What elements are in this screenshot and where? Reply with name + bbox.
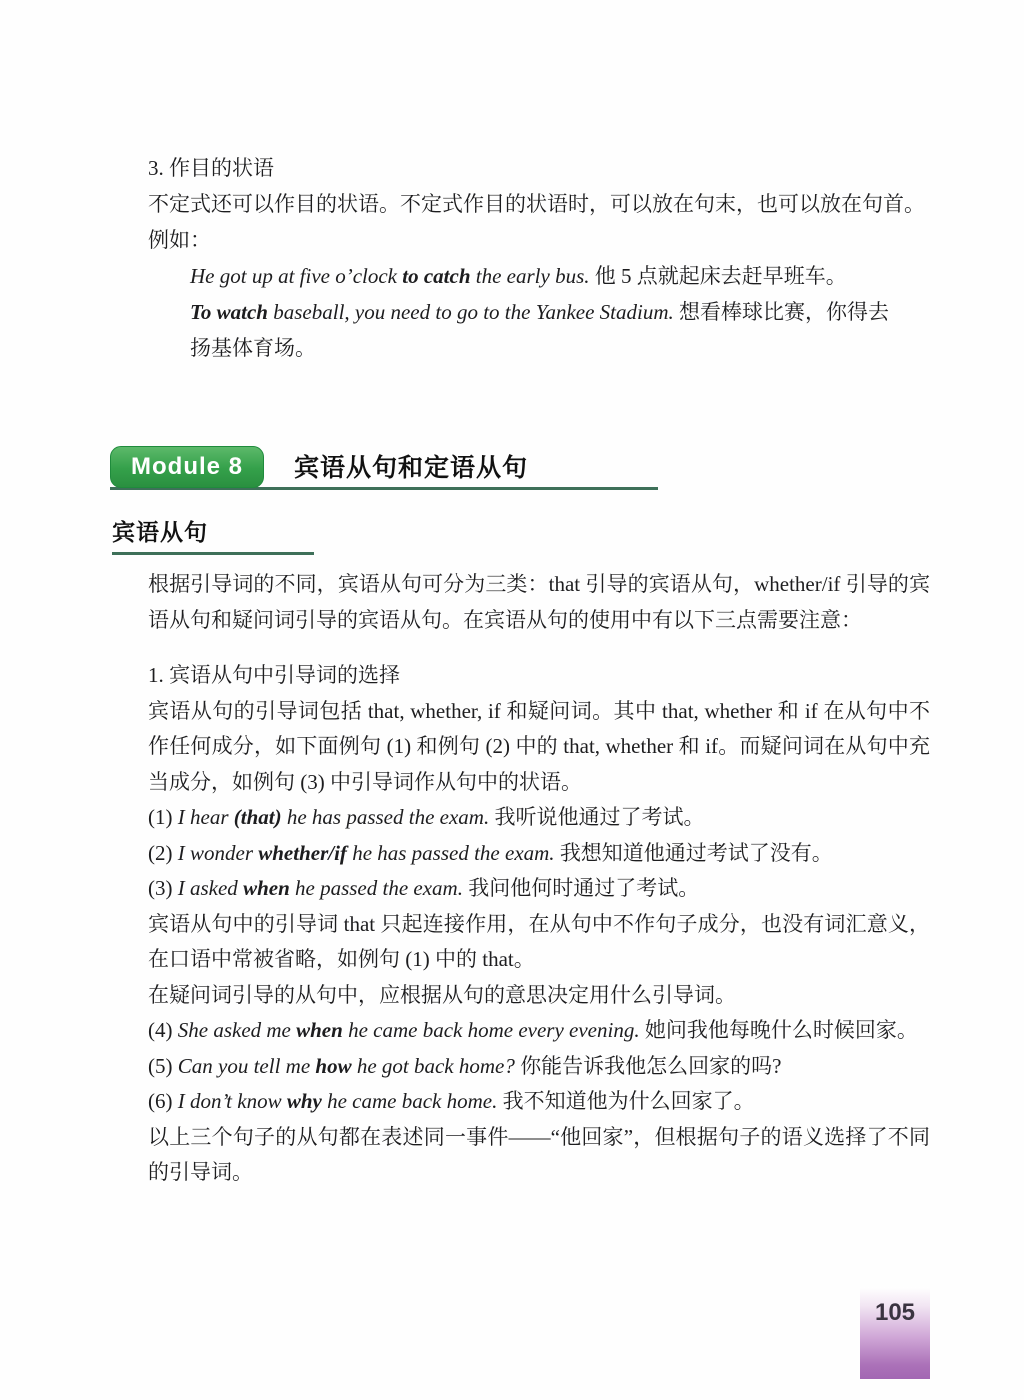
numbered-example: (5) Can you tell me how he got back home… (148, 1049, 930, 1085)
page-number-box: 105 (860, 1287, 930, 1379)
example-english-pre: I asked (178, 876, 243, 900)
example-english-bold: how (315, 1054, 351, 1078)
example-sentence: To watch baseball, you need to go to the… (190, 294, 902, 366)
example-english-pre: I wonder (178, 841, 259, 865)
module-title: 宾语从句和定语从句 (294, 448, 528, 484)
example-chinese: 我听说他通过了考试。 (494, 805, 704, 829)
infinitive-section: 3. 作目的状语 不定式还可以作目的状语。不定式作目的状语时，可以放在句末，也可… (148, 150, 930, 366)
example-english-bold: whether/if (258, 841, 347, 865)
example-english-pre: Can you tell me (178, 1054, 316, 1078)
example-english-bold: when (243, 876, 290, 900)
conclusion: 以上三个句子的从句都在表述同一事件——“他回家”，但根据句子的语义选择了不同的引… (148, 1120, 930, 1191)
module-badge: Module 8 (110, 446, 264, 488)
object-clause-section: 根据引导词的不同，宾语从句可分为三类：that 引导的宾语从句，whether/… (148, 567, 930, 1191)
example-english-bold: To watch (190, 300, 268, 324)
page-number: 105 (875, 1299, 915, 1327)
subsection-header: 宾语从句 (112, 514, 314, 555)
example-intro: 例如： (148, 222, 930, 258)
infinitive-heading: 3. 作目的状语 (148, 150, 930, 186)
numbered-example: (3) I asked when he passed the exam. 我问他… (148, 871, 930, 907)
example-english-pre: I hear (178, 805, 234, 829)
numbered-example: (2) I wonder whether/if he has passed th… (148, 836, 930, 872)
example-english-post: he got back home? (352, 1054, 521, 1078)
example-chinese: 我想知道他通过考试了没有。 (560, 841, 833, 865)
example-english-bold: (that) (234, 805, 282, 829)
textbook-page: 3. 作目的状语 不定式还可以作目的状语。不定式作目的状语时，可以放在句末，也可… (0, 0, 1024, 1400)
point1-heading: 1. 宾语从句中引导词的选择 (148, 658, 930, 694)
infinitive-body: 不定式还可以作目的状语。不定式作目的状语时，可以放在句末，也可以放在句首。 (148, 186, 930, 222)
example-number: (3) (148, 876, 178, 900)
example-sentence: He got up at five o’clock to catch the e… (190, 258, 902, 294)
example-english-post: he has passed the exam. (347, 841, 560, 865)
example-english-post: he came back home every evening. (343, 1018, 645, 1042)
point1-body: 宾语从句的引导词包括 that, whether, if 和疑问词。其中 tha… (148, 694, 930, 801)
example-chinese: 他 5 点就起床去赶早班车。 (595, 264, 847, 288)
example-chinese: 我不知道他为什么回家了。 (503, 1089, 755, 1113)
numbered-example: (4) She asked me when he came back home … (148, 1013, 930, 1049)
numbered-example: (1) I hear (that) he has passed the exam… (148, 800, 930, 836)
example-english-pre: He got up at five o’clock (190, 264, 402, 288)
note-wh-word: 在疑问词引导的从句中，应根据从句的意思决定用什么引导词。 (148, 978, 930, 1014)
example-english-bold: why (287, 1089, 322, 1113)
numbered-example: (6) I don’t know why he came back home. … (148, 1084, 930, 1120)
subsection-title: 宾语从句 (112, 519, 208, 545)
example-number: (5) (148, 1054, 178, 1078)
example-english-pre: I don’t know (178, 1089, 287, 1113)
example-english-pre: She asked me (178, 1018, 296, 1042)
example-english-post: he has passed the exam. (282, 805, 495, 829)
example-chinese: 我问他何时通过了考试。 (468, 876, 699, 900)
example-english-post: baseball, you need to go to the Yankee S… (268, 300, 679, 324)
example-english-bold: to catch (402, 264, 470, 288)
example-english-post: he passed the exam. (290, 876, 468, 900)
example-chinese: 她问我他每晚什么时候回家。 (645, 1018, 918, 1042)
module-header: Module 8 宾语从句和定语从句 (110, 445, 658, 490)
example-english-post: the early bus. (471, 264, 595, 288)
example-chinese: 你能告诉我他怎么回家的吗? (520, 1054, 781, 1078)
object-clause-intro: 根据引导词的不同，宾语从句可分为三类：that 引导的宾语从句，whether/… (148, 567, 930, 638)
example-number: (4) (148, 1018, 178, 1042)
example-number: (1) (148, 805, 178, 829)
example-number: (2) (148, 841, 178, 865)
note-that: 宾语从句中的引导词 that 只起连接作用，在从句中不作句子成分，也没有词汇意义… (148, 907, 930, 978)
example-english-bold: when (296, 1018, 343, 1042)
example-number: (6) (148, 1089, 178, 1113)
example-english-post: he came back home. (322, 1089, 503, 1113)
